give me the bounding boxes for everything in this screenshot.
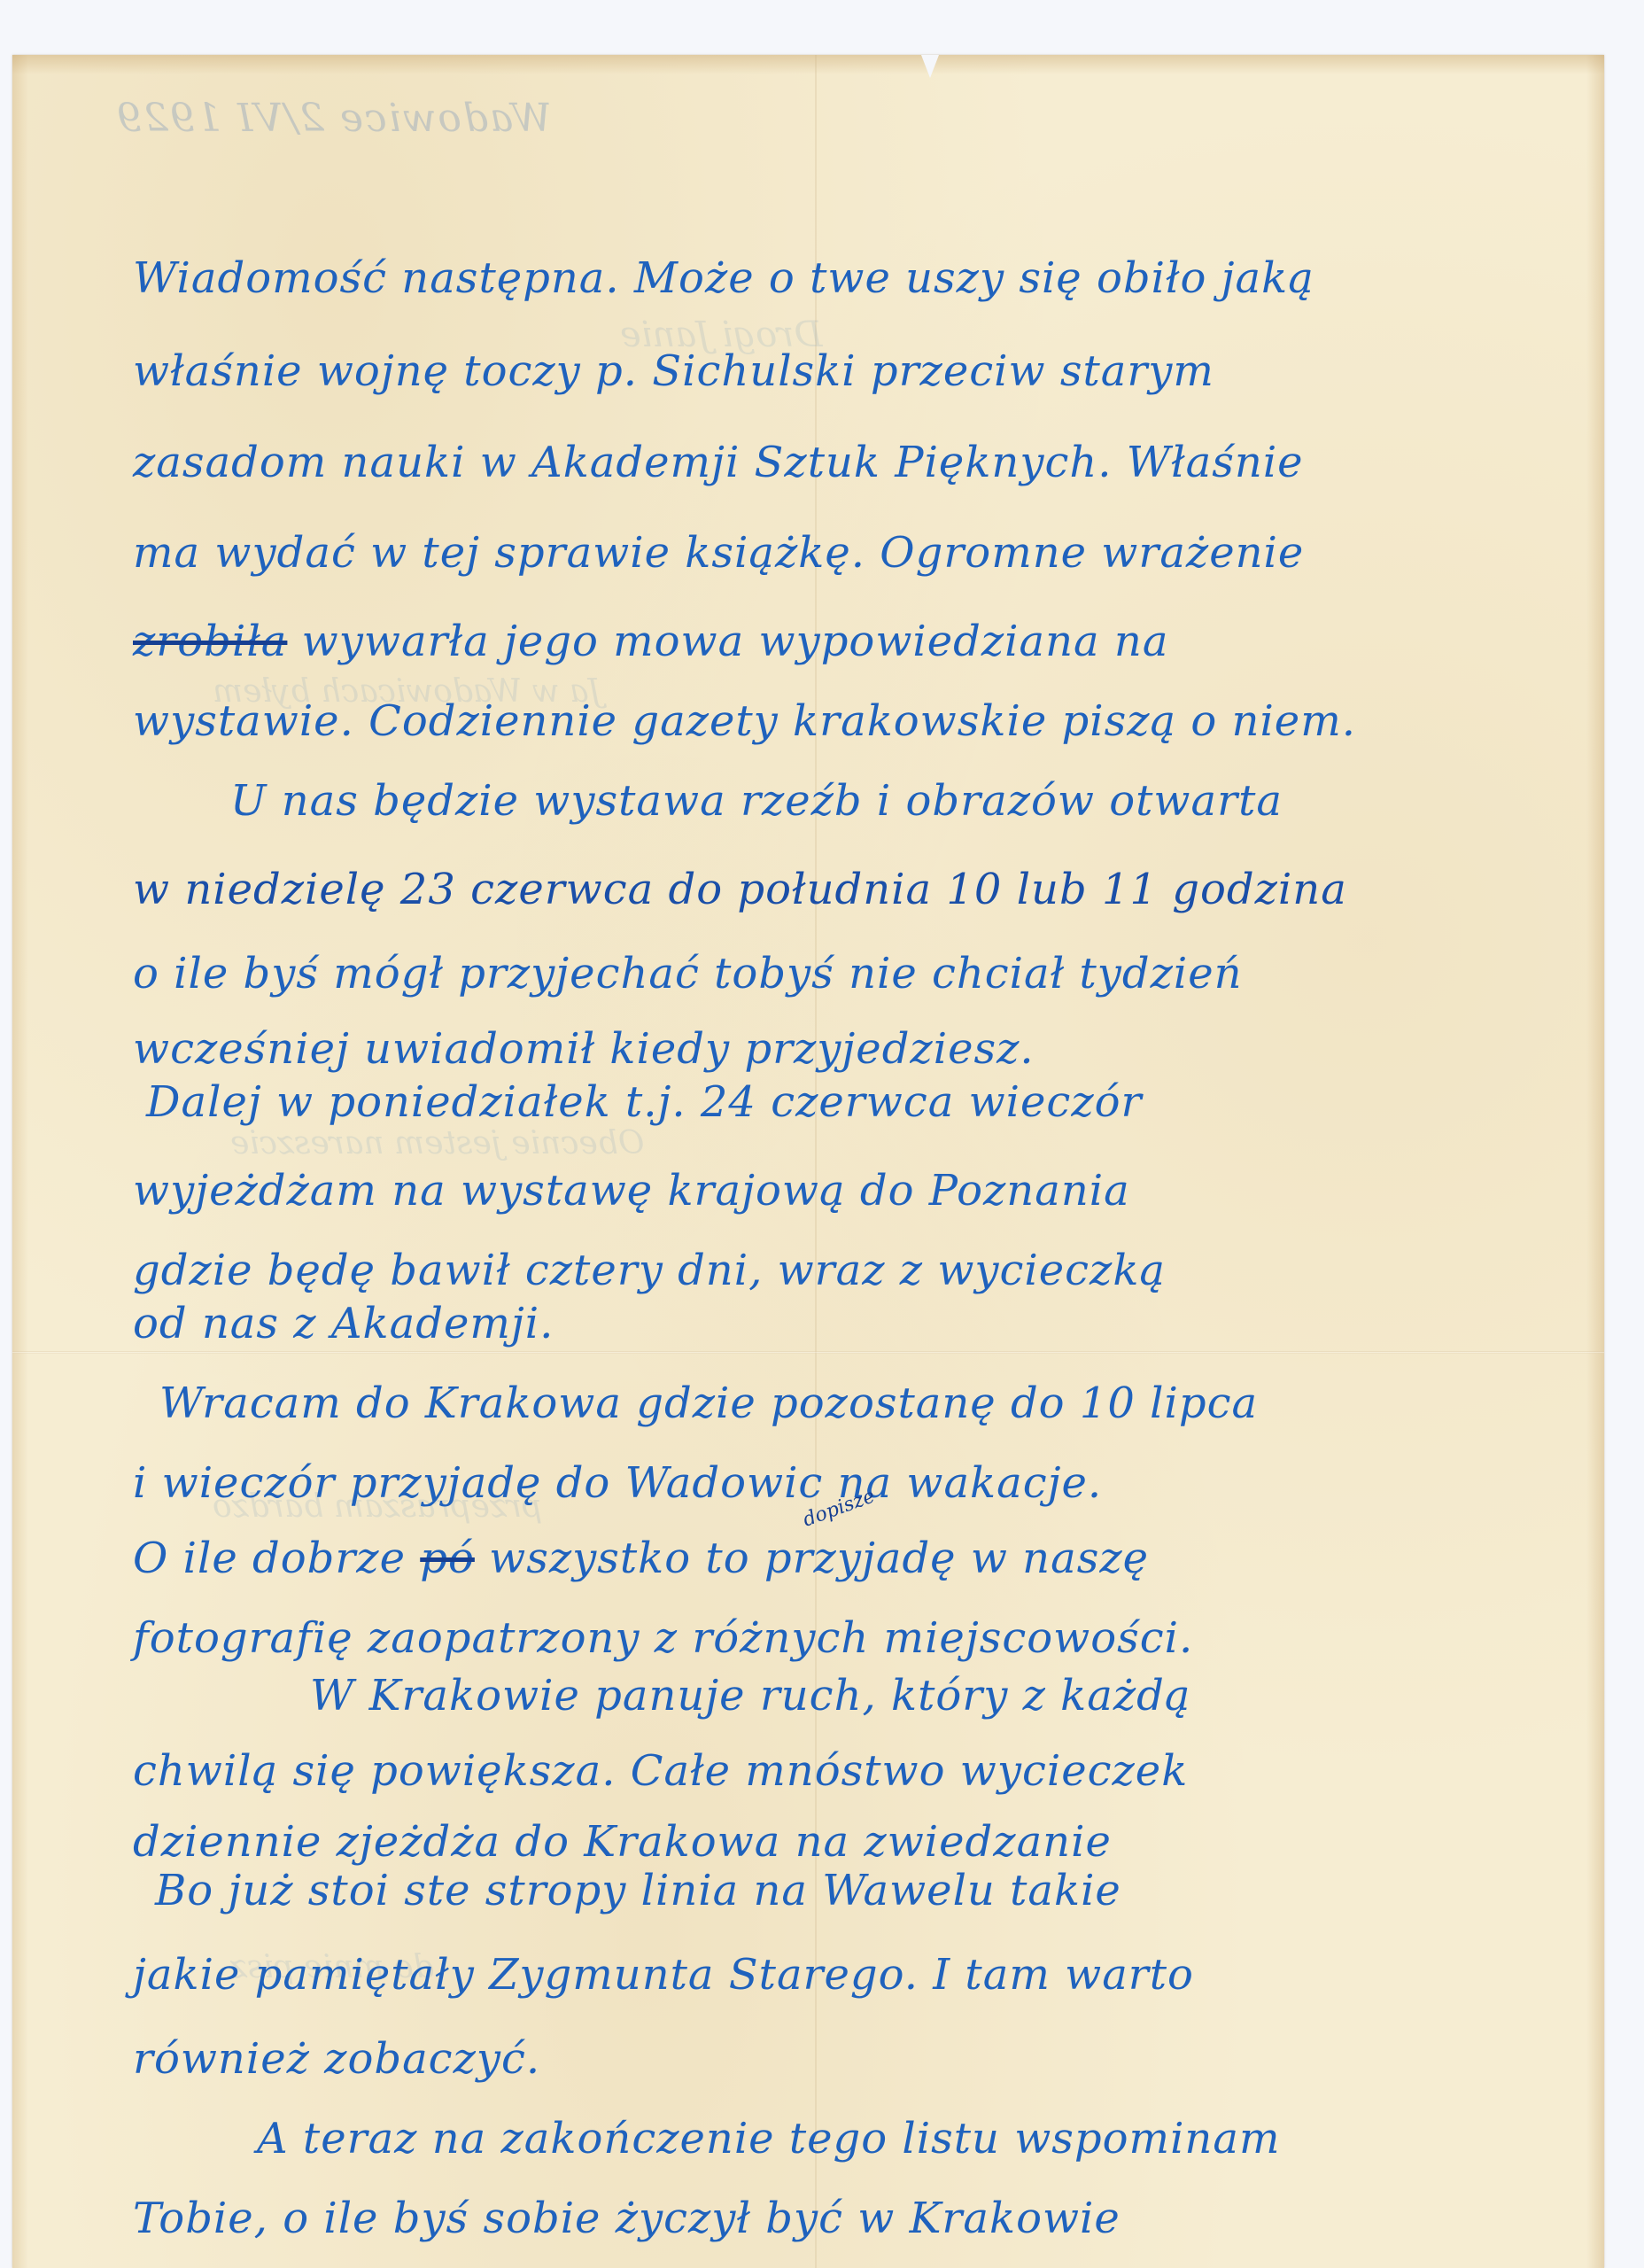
letter-line: i wieczór przyjadę do Wadowic na wakacje… [133, 1462, 1102, 1504]
line-text: wywarła jego mowa wypowiedziana na [287, 617, 1168, 666]
letter-line: o ile byś mógł przyjechać tobyś nie chci… [133, 952, 1243, 995]
letter-line: fotografię zaopatrzony z różnych miejsco… [133, 1617, 1193, 1659]
letter-line: chwilą się powiększa. Całe mnóstwo wycie… [133, 1750, 1188, 1792]
struck-word: pó [420, 1534, 475, 1583]
letter-line: wcześniej uwiadomił kiedy przyjedziesz. [133, 1028, 1035, 1070]
letter-line: od nas z Akademji. [133, 1302, 554, 1345]
scan-background: Wadowice 2/VI 1929 Drogi Janie Ja w Wado… [0, 0, 1644, 2268]
letter-line: Dalej w poniedziałek t.j. 24 czerwca wie… [146, 1081, 1142, 1123]
letter-line: U nas będzie wystawa rzeźb i obrazów otw… [230, 780, 1283, 822]
letter-line: W Krakowie panuje ruch, który z każdą [310, 1674, 1190, 1717]
letter-line: zrobiła wywarła jego mowa wypowiedziana … [133, 620, 1168, 663]
letter-line: również zobaczyć. [133, 2038, 540, 2080]
letter-line: właśnie wojnę toczy p. Sichulski przeciw… [133, 350, 1214, 392]
letter-line: zasadom nauki w Akademji Sztuk Pięknych.… [133, 441, 1304, 484]
letter-line: dziennie zjeżdża do Krakowa na zwiedzani… [133, 1821, 1112, 1863]
letter-line: Wracam do Krakowa gdzie pozostanę do 10 … [159, 1382, 1258, 1425]
line-text: wszystko [475, 1534, 691, 1583]
letter-line: Tobie, o ile byś sobie życzył być w Krak… [133, 2197, 1121, 2240]
letter-line: ma wydać w tej sprawie książkę. Ogromne … [133, 532, 1304, 574]
letter-line: gdzie będę bawił cztery dni, wraz z wyci… [133, 1249, 1166, 1292]
letter-line: Wiadomość następna. Może o twe uszy się … [133, 257, 1314, 299]
line-text: to przyjadę w naszę [691, 1534, 1149, 1583]
letter-line: wystawie. Codziennie gazety krakowskie p… [133, 700, 1356, 742]
line-text: O ile dobrze [133, 1534, 420, 1583]
letter-line: O ile dobrze pó wszystko to przyjadę w n… [133, 1537, 1149, 1580]
letter-line: wyjeżdżam na wystawę krajową do Poznania [133, 1169, 1130, 1212]
letter-line: jakie pamiętały Zygmunta Starego. I tam … [133, 1953, 1194, 1996]
letter-line: Bo już stoi ste stropy linia na Wawelu t… [155, 1869, 1121, 1912]
struck-word: zrobiła [133, 617, 287, 666]
letter-line: w niedzielę 23 czerwca do południa 10 lu… [133, 868, 1347, 911]
letter-line: A teraz na zakończenie tego listu wspomi… [257, 2117, 1280, 2160]
letter-body: Wiadomość następna. Może o twe uszy się … [0, 0, 1644, 2268]
